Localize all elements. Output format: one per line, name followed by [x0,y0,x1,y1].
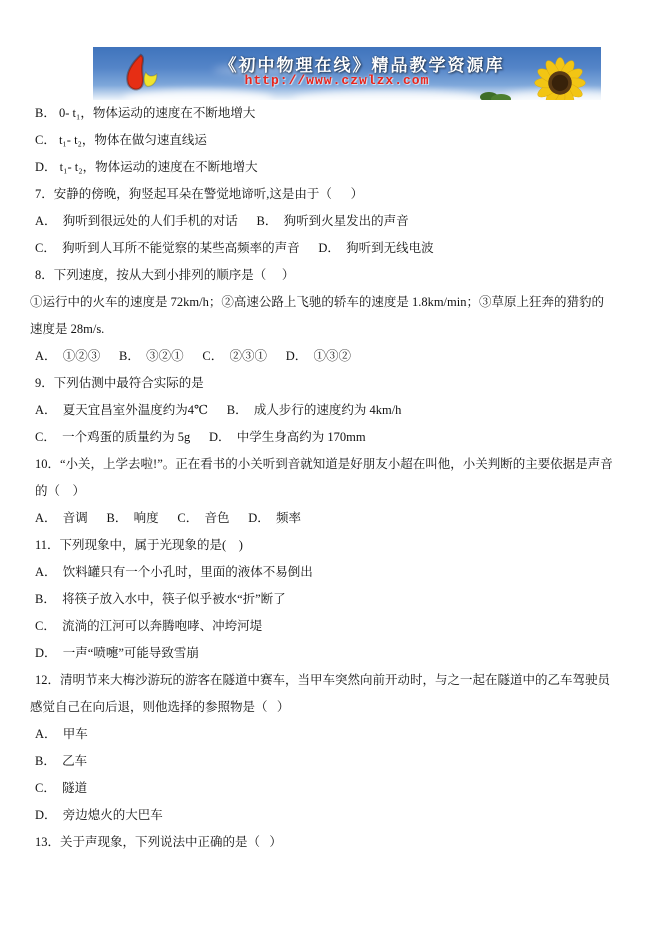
cloud-decoration [293,90,483,100]
exam-text-line: 的（ ） [0,478,661,505]
exam-text-line: 10．“小关，上学去啦!”。正在看书的小关听到音就知道是好朋友小超在叫他，小关判… [0,451,661,478]
exam-text-line: B． 0- t₁，物体运动的速度在不断地增大 [0,100,661,127]
exam-text-line: B． 乙车 [0,748,661,775]
exam-text-line: 速度是 28m/s. [0,316,661,343]
exam-text-line: A． 夏天宜昌室外温度约为4℃ B． 成人步行的速度约为 4km/h [0,397,661,424]
exam-text-line: A． ①②③ B． ③②① C． ②③① D． ①③② [0,343,661,370]
exam-text-line: D． 旁边熄火的大巴车 [0,802,661,829]
exam-text-line: A． 饮料罐只有一个小孔时，里面的液体不易倒出 [0,559,661,586]
sunflower-icon [529,53,591,100]
exam-text-line: A． 甲车 [0,721,661,748]
exam-text-line: A． 狗听到很远处的人们手机的对话 B． 狗听到火星发出的声音 [0,208,661,235]
exam-text-line: D． t₁- t₂，物体运动的速度在不断地增大 [0,154,661,181]
exam-text-line: 9．下列估测中最符合实际的是 [0,370,661,397]
site-banner: 《初中物理在线》精品教学资源库 http://www.czwlzx.com [93,47,601,100]
exam-text-line: C． 一个鸡蛋的质量约为 5g D． 中学生身高约为 170mm [0,424,661,451]
exam-text-line: C． 隧道 [0,775,661,802]
exam-text-line: B． 将筷子放入水中，筷子似乎被水“折”断了 [0,586,661,613]
exam-text-line: D． 一声“喷嚏”可能导致雪崩 [0,640,661,667]
exam-text-line: 8．下列速度，按从大到小排列的顺序是（ ） [0,262,661,289]
site-url: http://www.czwlzx.com [133,73,541,88]
exam-text-line: ①运行中的火车的速度是 72km/h；②高速公路上飞驰的轿车的速度是 1.8km… [0,289,661,316]
leaf-icon [479,87,513,100]
exam-document: B． 0- t₁，物体运动的速度在不断地增大 C． t₁- t₂，物体在做匀速直… [0,100,661,856]
exam-text-line: C． t₁- t₂，物体在做匀速直线运 [0,127,661,154]
exam-text-line: 13．关于声现象，下列说法中正确的是（ ） [0,829,661,856]
exam-text-line: 11．下列现象中，属于光现象的是( ) [0,532,661,559]
exam-text-line: C． 流淌的江河可以奔腾咆哮、冲垮河堤 [0,613,661,640]
exam-text-line: 12．清明节来大梅沙游玩的游客在隧道中赛车，当甲车突然向前开动时，与之一起在隧道… [0,667,661,694]
exam-text-line: 感觉自己在向后退，则他选择的参照物是（ ） [0,694,661,721]
exam-text-line: A． 音调 B． 响度 C． 音色 D． 频率 [0,505,661,532]
exam-text-line: C． 狗听到人耳所不能觉察的某些高频率的声音 D． 狗听到无线电波 [0,235,661,262]
exam-text-line: 7．安静的傍晚，狗竖起耳朵在警觉地谛听,这是由于（ ） [0,181,661,208]
